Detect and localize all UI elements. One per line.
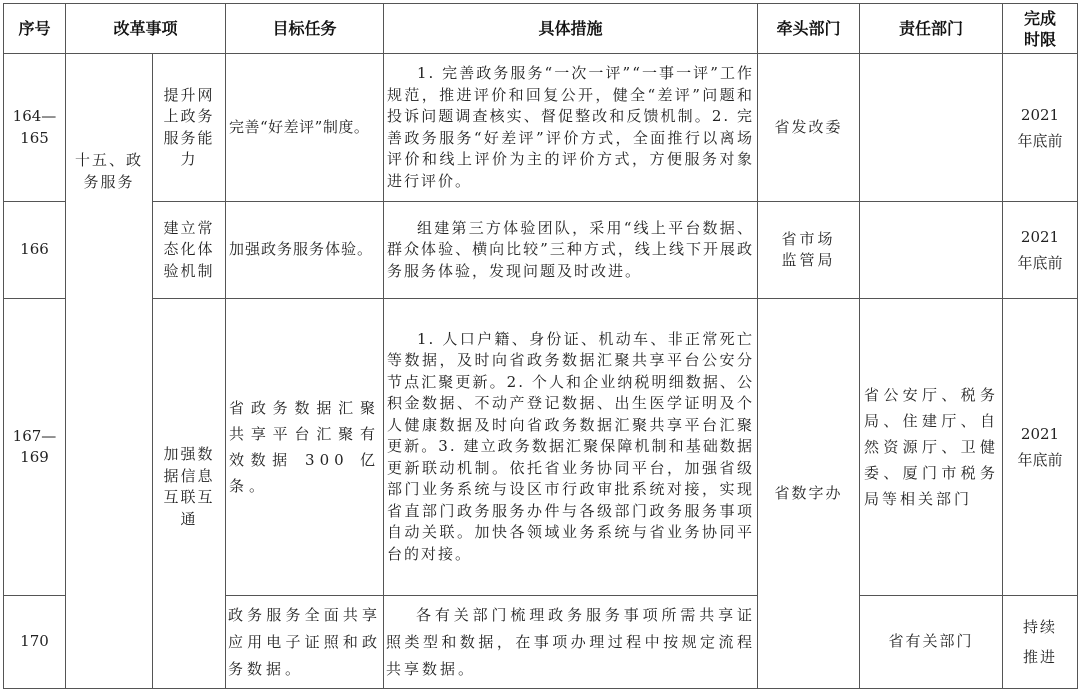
header-deadline: 完成时限 <box>1003 4 1078 54</box>
cell-sub-item: 提升网上政务服务能力 <box>153 54 226 202</box>
header-reform-item: 改革事项 <box>66 4 226 54</box>
cell-resp-dept <box>860 54 1003 202</box>
cell-deadline: 持续推进 <box>1003 596 1078 689</box>
header-seq: 序号 <box>4 4 66 54</box>
cell-target: 政务服务全面共享应用电子证照和政务数据。 <box>226 596 384 689</box>
cell-seq: 164—165 <box>4 54 66 202</box>
cell-target: 加强政务服务体验。 <box>226 202 384 299</box>
header-measures: 具体措施 <box>384 4 758 54</box>
cell-deadline: 2021 年底前 <box>1003 202 1078 299</box>
cell-measures: 1. 人口户籍、身份证、机动车、非正常死亡等数据，及时向省政务数据汇聚共享平台公… <box>384 299 758 596</box>
cell-category: 十五、政务服务 <box>66 54 153 689</box>
cell-lead-dept: 省数字办 <box>758 299 860 689</box>
cell-sub-item: 加强数据信息互联互通 <box>153 299 226 689</box>
cell-resp-dept <box>860 202 1003 299</box>
cell-resp-dept: 省公安厅、税务局、住建厅、自然资源厅、卫健委、厦门市税务局等相关部门 <box>860 299 1003 596</box>
cell-lead-dept: 省发改委 <box>758 54 860 202</box>
table-row: 166 建立常态化体验机制 加强政务服务体验。 组建第三方体验团队，采用“线上平… <box>4 202 1078 299</box>
cell-measures: 1. 完善政务服务“一次一评”“一事一评”工作规范，推进评价和回复公开，健全“差… <box>384 54 758 202</box>
cell-seq: 167—169 <box>4 299 66 596</box>
cell-deadline: 2021 年底前 <box>1003 299 1078 596</box>
cell-seq: 166 <box>4 202 66 299</box>
cell-lead-dept: 省市场监管局 <box>758 202 860 299</box>
cell-seq: 170 <box>4 596 66 689</box>
cell-measures: 各有关部门梳理政务服务事项所需共享证照类型和数据，在事项办理过程中按规定流程共享… <box>384 596 758 689</box>
header-lead-dept: 牵头部门 <box>758 4 860 54</box>
cell-measures: 组建第三方体验团队，采用“线上平台数据、群众体验、横向比较”三种方式，线上线下开… <box>384 202 758 299</box>
cell-target: 完善“好差评”制度。 <box>226 54 384 202</box>
cell-target: 省政务数据汇聚共享平台汇聚有效数据 300 亿条。 <box>226 299 384 596</box>
header-resp-dept: 责任部门 <box>860 4 1003 54</box>
table-row: 164—165 十五、政务服务 提升网上政务服务能力 完善“好差评”制度。 1.… <box>4 54 1078 202</box>
header-row: 序号 改革事项 目标任务 具体措施 牵头部门 责任部门 完成时限 <box>4 4 1078 54</box>
table-row: 167—169 加强数据信息互联互通 省政务数据汇聚共享平台汇聚有效数据 300… <box>4 299 1078 596</box>
cell-sub-item: 建立常态化体验机制 <box>153 202 226 299</box>
reform-task-table: 序号 改革事项 目标任务 具体措施 牵头部门 责任部门 完成时限 164—165… <box>3 3 1078 689</box>
header-target-task: 目标任务 <box>226 4 384 54</box>
cell-deadline: 2021 年底前 <box>1003 54 1078 202</box>
cell-resp-dept: 省有关部门 <box>860 596 1003 689</box>
